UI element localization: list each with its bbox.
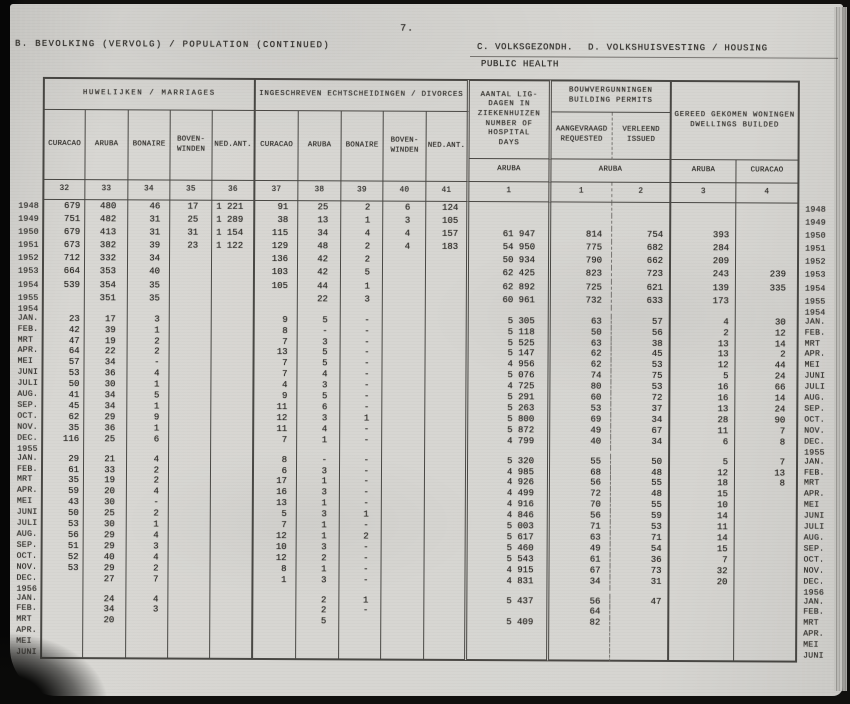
table-cell	[211, 369, 254, 380]
row-label-right: 1956	[797, 588, 835, 597]
table-cell	[425, 392, 468, 403]
table-cell: 61 947	[469, 228, 551, 241]
row-label-left: JUNI	[14, 648, 40, 659]
table-cell: 59	[611, 511, 670, 522]
table-cell	[126, 648, 168, 659]
table-cell: 12	[670, 468, 735, 479]
col-number: 36	[212, 181, 255, 201]
row-label-right: MEI	[797, 641, 835, 652]
table-cell: 723	[612, 268, 671, 281]
table-cell: 3	[127, 541, 169, 552]
table-cell: 60 961	[469, 294, 551, 307]
table-cell: 790	[551, 255, 612, 268]
table-cell: -	[340, 391, 382, 402]
table-cell	[735, 490, 798, 501]
table-cell: 103	[255, 266, 298, 279]
table-cell: 157	[426, 228, 469, 241]
table-cell	[255, 293, 298, 306]
table-cell	[339, 638, 381, 649]
table-cell: 25	[84, 434, 127, 445]
table-cell: 12	[254, 531, 297, 542]
table-cell	[211, 542, 254, 553]
table-cell	[126, 637, 168, 648]
table-cell	[549, 587, 610, 596]
table-cell: 25	[84, 508, 127, 519]
table-cell	[467, 650, 549, 661]
table-cell: 32	[669, 566, 734, 577]
table-cell: 335	[736, 282, 799, 295]
table-cell: 31	[170, 227, 212, 240]
table-cell: 18	[670, 478, 735, 489]
table-cell: 30	[736, 317, 799, 328]
row-label-left: NOV.	[15, 423, 41, 434]
table-cell: 22	[85, 347, 128, 358]
row-label-left: MEI	[15, 357, 41, 368]
table-cell: 5 437	[467, 595, 549, 606]
table-cell	[610, 587, 669, 596]
row-label-right: 1948	[799, 204, 837, 217]
table-cell: -	[340, 542, 382, 553]
col-number: 3	[671, 183, 736, 203]
table-cell	[339, 628, 381, 639]
table-cell	[169, 358, 211, 369]
table-cell: 3	[297, 466, 340, 477]
table-cell	[41, 445, 84, 454]
table-cell: -	[340, 359, 382, 370]
row-label-right: MEI	[798, 361, 836, 372]
row-label-left: 1953	[16, 265, 42, 278]
table-cell	[382, 359, 425, 370]
table-cell: 63	[551, 316, 612, 327]
table-cell: 129	[255, 240, 298, 253]
table-cell	[169, 423, 211, 434]
table-cell	[669, 596, 734, 607]
table-cell	[168, 585, 210, 594]
table-cell: 82	[549, 618, 610, 629]
table-cell: 7	[254, 435, 297, 446]
col-label-aruba-divorces: ARUBA	[298, 111, 341, 181]
col-number: 39	[341, 181, 383, 201]
col-label-bonaire-marriages: BONAIRE	[128, 110, 170, 180]
row-label-left: JUNI	[15, 368, 41, 379]
table-cell	[425, 521, 468, 532]
table-cell: 38	[612, 338, 671, 349]
table-cell	[253, 605, 296, 616]
table-cell	[40, 584, 83, 593]
table-cell	[170, 336, 212, 347]
table-cell: 3	[126, 605, 168, 616]
table-cell: 74	[550, 371, 611, 382]
table-cell: 6	[670, 437, 735, 448]
table-cell: 31	[610, 576, 669, 587]
table-cell	[168, 574, 210, 585]
table-cell	[426, 348, 469, 359]
table-cell	[212, 305, 255, 314]
table-cell	[211, 531, 254, 542]
table-cell	[127, 445, 169, 454]
table-cell: 34	[611, 436, 670, 447]
table-cell	[40, 574, 83, 585]
table-cell	[424, 617, 467, 628]
table-cell: 1	[297, 520, 340, 531]
table-cell: 1	[341, 280, 383, 293]
table-cell: 4	[127, 454, 169, 465]
table-cell: -	[340, 381, 382, 392]
table-cell: 1	[340, 510, 382, 521]
col-label-curacao-divorces: CURACAO	[255, 111, 298, 181]
col-number: 2	[612, 183, 671, 203]
table-cell	[425, 532, 468, 543]
table-cell: 38	[255, 214, 298, 227]
table-cell: 4 846	[468, 510, 550, 521]
table-cell	[425, 436, 468, 447]
table-cell	[734, 597, 797, 608]
table-cell: 115	[255, 227, 298, 240]
table-cell	[211, 498, 254, 509]
row-label-right: APR.	[798, 490, 836, 501]
table-cell: 13	[671, 349, 736, 360]
table-cell	[339, 617, 381, 628]
table-cell: 3	[383, 215, 426, 228]
table-cell	[425, 543, 468, 554]
table-cell: 7	[254, 358, 297, 369]
dwellings-region-aruba: ARUBA	[671, 160, 736, 183]
table-cell: 53	[40, 563, 83, 574]
table-cell: 332	[85, 252, 128, 265]
table-cell	[381, 617, 424, 628]
table-cell	[128, 305, 170, 314]
table-cell: 5	[341, 267, 383, 280]
table-cell: 60	[550, 392, 611, 403]
table-cell: 56	[550, 478, 611, 489]
table-cell	[170, 253, 212, 266]
table-cell: 354	[85, 279, 128, 292]
table-cell: 45	[612, 349, 671, 360]
table-cell	[40, 637, 83, 648]
col-number: 37	[255, 181, 298, 201]
table-cell: 17	[85, 314, 128, 325]
table-cell	[425, 425, 468, 436]
table-cell	[253, 649, 296, 660]
table-cell	[169, 476, 211, 487]
table-cell: 2	[127, 465, 169, 476]
table-cell	[211, 402, 254, 413]
table-cell	[425, 554, 468, 565]
table-cell: 25	[170, 214, 212, 227]
table-cell: 34	[549, 576, 610, 587]
table-cell	[42, 305, 85, 314]
table-cell: 5 076	[468, 370, 550, 381]
table-cell	[551, 215, 612, 228]
table-cell: 4 926	[468, 477, 550, 488]
table-cell: -	[339, 575, 381, 586]
table-cell: 6	[127, 434, 169, 445]
table-cell: 34	[84, 390, 127, 401]
table-cell: 54	[611, 544, 670, 555]
table-cell	[339, 649, 381, 660]
table-cell: 11	[254, 424, 297, 435]
table-cell	[467, 606, 549, 617]
table-cell: -	[340, 553, 382, 564]
table-cell: 2	[736, 350, 799, 361]
table-cell: -	[341, 348, 383, 359]
table-cell: 5 617	[468, 532, 550, 543]
table-cell: 5	[670, 457, 735, 468]
table-cell: 14	[670, 511, 735, 522]
table-cell: 2	[296, 595, 339, 606]
table-cell: 72	[611, 393, 670, 404]
table-cell	[212, 279, 255, 292]
table-cell	[670, 448, 735, 457]
table-cell: 55	[611, 500, 670, 511]
table-cell: 36	[611, 554, 670, 565]
table-cell: 63	[550, 532, 611, 543]
table-cell: 20	[83, 615, 126, 626]
dwellings-region-curacao: CURACAO	[736, 160, 799, 183]
table-cell: 413	[85, 226, 128, 239]
table-cell	[736, 229, 799, 242]
table-cell: 47	[42, 335, 85, 346]
table-cell: 53	[41, 519, 84, 530]
row-label-left: MEI	[15, 497, 41, 508]
table-cell: 5 543	[468, 554, 550, 565]
table-cell	[612, 203, 671, 216]
table-cell	[383, 326, 426, 337]
table-cell	[734, 588, 797, 597]
table-cell	[168, 638, 210, 649]
table-cell: 1	[127, 380, 169, 391]
table-cell	[83, 585, 126, 594]
table-cell: 31	[128, 213, 170, 226]
table-cell	[469, 215, 551, 228]
table-cell	[382, 542, 425, 553]
table-cell: 1 289	[212, 214, 255, 227]
row-label-left: JULI	[15, 379, 41, 390]
table-cell: 40	[550, 436, 611, 447]
table-cell	[296, 627, 339, 638]
row-label-right: MEI	[798, 501, 836, 512]
table-cell	[296, 586, 339, 595]
table-cell	[550, 447, 611, 456]
table-cell	[169, 380, 211, 391]
table-cell: 105	[426, 215, 469, 228]
row-label-left: MRT	[15, 475, 41, 486]
table-cell: 2	[671, 328, 736, 339]
table-cell	[382, 370, 425, 381]
table-cell	[425, 455, 468, 466]
table-cell: 5	[298, 315, 341, 326]
table-cell: 3	[297, 488, 340, 499]
table-cell: 42	[42, 325, 85, 336]
table-cell: 50	[551, 327, 612, 338]
table-cell: 2	[126, 563, 168, 574]
table-cell	[425, 446, 468, 455]
table-body: 194867948046171 221912526124194819497514…	[14, 200, 837, 663]
table-cell	[382, 403, 425, 414]
table-cell: 8	[735, 479, 798, 490]
table-cell	[210, 649, 253, 660]
table-cell: 351	[85, 292, 128, 305]
dwellings-built-title: GEREED GEKOMEN WONINGEN DWELLINGS BUILDE…	[672, 80, 800, 161]
table-cell: 12	[736, 328, 799, 339]
table-cell	[425, 488, 468, 499]
table-cell: 39	[85, 325, 128, 336]
table-cell: 3	[298, 337, 341, 348]
col-label-curacao-marriages: CURACAO	[42, 110, 85, 180]
table-cell: 68	[550, 467, 611, 478]
table-cell	[42, 292, 85, 305]
row-label-right: 1954	[799, 282, 837, 295]
table-cell: 50	[41, 379, 84, 390]
table-cell: 2	[127, 476, 169, 487]
table-cell: 1	[297, 531, 340, 542]
table-cell	[40, 604, 83, 615]
table-cell	[610, 629, 669, 640]
table-cell	[168, 594, 210, 605]
table-cell	[169, 465, 211, 476]
table-cell: 57	[612, 316, 671, 327]
table-cell: 12	[670, 360, 735, 371]
table-cell: 33	[84, 465, 127, 476]
table-cell: 682	[612, 242, 671, 255]
table-cell: 42	[298, 267, 341, 280]
table-cell	[383, 254, 426, 267]
table-cell	[736, 243, 799, 256]
table-cell: 29	[84, 541, 127, 552]
table-cell: 725	[551, 281, 612, 294]
col-number: 1	[469, 182, 551, 202]
table-cell: 15	[670, 489, 735, 500]
table-cell: 37	[611, 404, 670, 415]
row-label-right: JAN.	[798, 457, 836, 468]
table-cell: 751	[42, 213, 85, 226]
table-cell: -	[340, 424, 382, 435]
table-cell: 7	[735, 426, 798, 437]
table-cell	[424, 606, 467, 617]
table-cell: 53	[41, 368, 84, 379]
row-label-right: 1949	[799, 217, 837, 230]
table-cell: 36	[84, 423, 127, 434]
table-cell	[210, 616, 253, 627]
table-cell	[40, 593, 83, 604]
table-cell: 4 916	[468, 499, 550, 510]
row-label-right: NOV.	[797, 566, 835, 577]
table-cell: 42	[298, 254, 341, 267]
table-cell	[382, 455, 425, 466]
table-cell: 40	[84, 552, 127, 563]
table-cell	[424, 595, 467, 606]
table-cell: 664	[42, 265, 85, 278]
table-cell: 4	[341, 228, 383, 241]
hospital-region-aruba: ARUBA	[469, 159, 551, 182]
table-cell: 20	[669, 577, 734, 588]
table-cell	[212, 292, 255, 305]
table-cell	[126, 616, 168, 627]
table-cell: 139	[671, 282, 736, 295]
table-cell: 1	[341, 214, 383, 227]
table-cell	[424, 575, 467, 586]
table-cell	[170, 305, 212, 314]
row-label-right: 1953	[799, 269, 837, 282]
table-cell: 4	[254, 380, 297, 391]
table-cell: 539	[42, 278, 85, 291]
table-cell: 173	[671, 295, 736, 308]
table-cell: 11	[670, 426, 735, 437]
table-cell: 36	[84, 368, 127, 379]
table-cell: 16	[254, 487, 297, 498]
table-cell: 5 460	[468, 543, 550, 554]
col-label-nedant-marriages: NED.ANT.	[212, 111, 255, 181]
table-cell	[469, 307, 551, 316]
table-cell	[169, 487, 211, 498]
table-cell	[211, 391, 254, 402]
table-cell	[212, 347, 255, 358]
table-cell	[169, 498, 211, 509]
row-label-left: APR.	[15, 486, 41, 497]
table-cell: 34	[128, 253, 170, 266]
table-cell	[210, 638, 253, 649]
table-cell	[734, 619, 797, 630]
table-cell: 13	[298, 214, 341, 227]
table-cell: 13	[255, 347, 298, 358]
table-cell: 1 154	[212, 227, 255, 240]
table-cell: 5 800	[468, 414, 550, 425]
table-cell: 15	[670, 544, 735, 555]
table-cell	[211, 434, 254, 445]
table-cell	[426, 293, 469, 306]
table-cell	[383, 315, 426, 326]
table-cell	[669, 640, 734, 651]
row-label-right: JULI	[798, 523, 836, 534]
row-label-right: APR.	[799, 350, 837, 361]
table-cell: 50	[611, 456, 670, 467]
table-cell	[382, 488, 425, 499]
row-label-right: SEP.	[798, 405, 836, 416]
table-cell: 5 263	[468, 403, 550, 414]
table-cell	[212, 325, 255, 336]
table-cell	[610, 651, 669, 662]
table-cell: 1	[127, 519, 169, 530]
row-label-right: DEC.	[797, 577, 835, 588]
table-cell	[735, 533, 798, 544]
table-cell	[211, 520, 254, 531]
row-label-left: SEP.	[15, 401, 41, 412]
table-cell	[735, 448, 798, 457]
table-cell: 116	[41, 434, 84, 445]
table-cell: 57	[41, 357, 84, 368]
table-cell: -	[340, 402, 382, 413]
table-cell	[736, 308, 799, 317]
row-label-right: 1955	[799, 295, 837, 308]
marriages-group-title: HUWELIJKEN / MARRIAGES	[43, 77, 256, 111]
table-cell: 480	[85, 200, 128, 213]
table-cell: 124	[426, 202, 469, 215]
table-cell: 28	[670, 415, 735, 426]
table-cell: 46	[128, 200, 170, 213]
row-label-left: AUG.	[15, 530, 41, 541]
table-cell: 40	[128, 266, 170, 279]
section-c-subheading: PUBLIC HEALTH	[481, 59, 559, 69]
table-cell: 633	[612, 294, 671, 307]
row-label-left: OCT.	[15, 552, 41, 563]
table-cell	[169, 434, 211, 445]
table-cell	[381, 564, 424, 575]
table-cell	[170, 347, 212, 358]
table-cell: 4 956	[468, 359, 550, 370]
table-cell: 31	[128, 227, 170, 240]
table-cell	[210, 574, 253, 585]
table-cell: 80	[550, 382, 611, 393]
